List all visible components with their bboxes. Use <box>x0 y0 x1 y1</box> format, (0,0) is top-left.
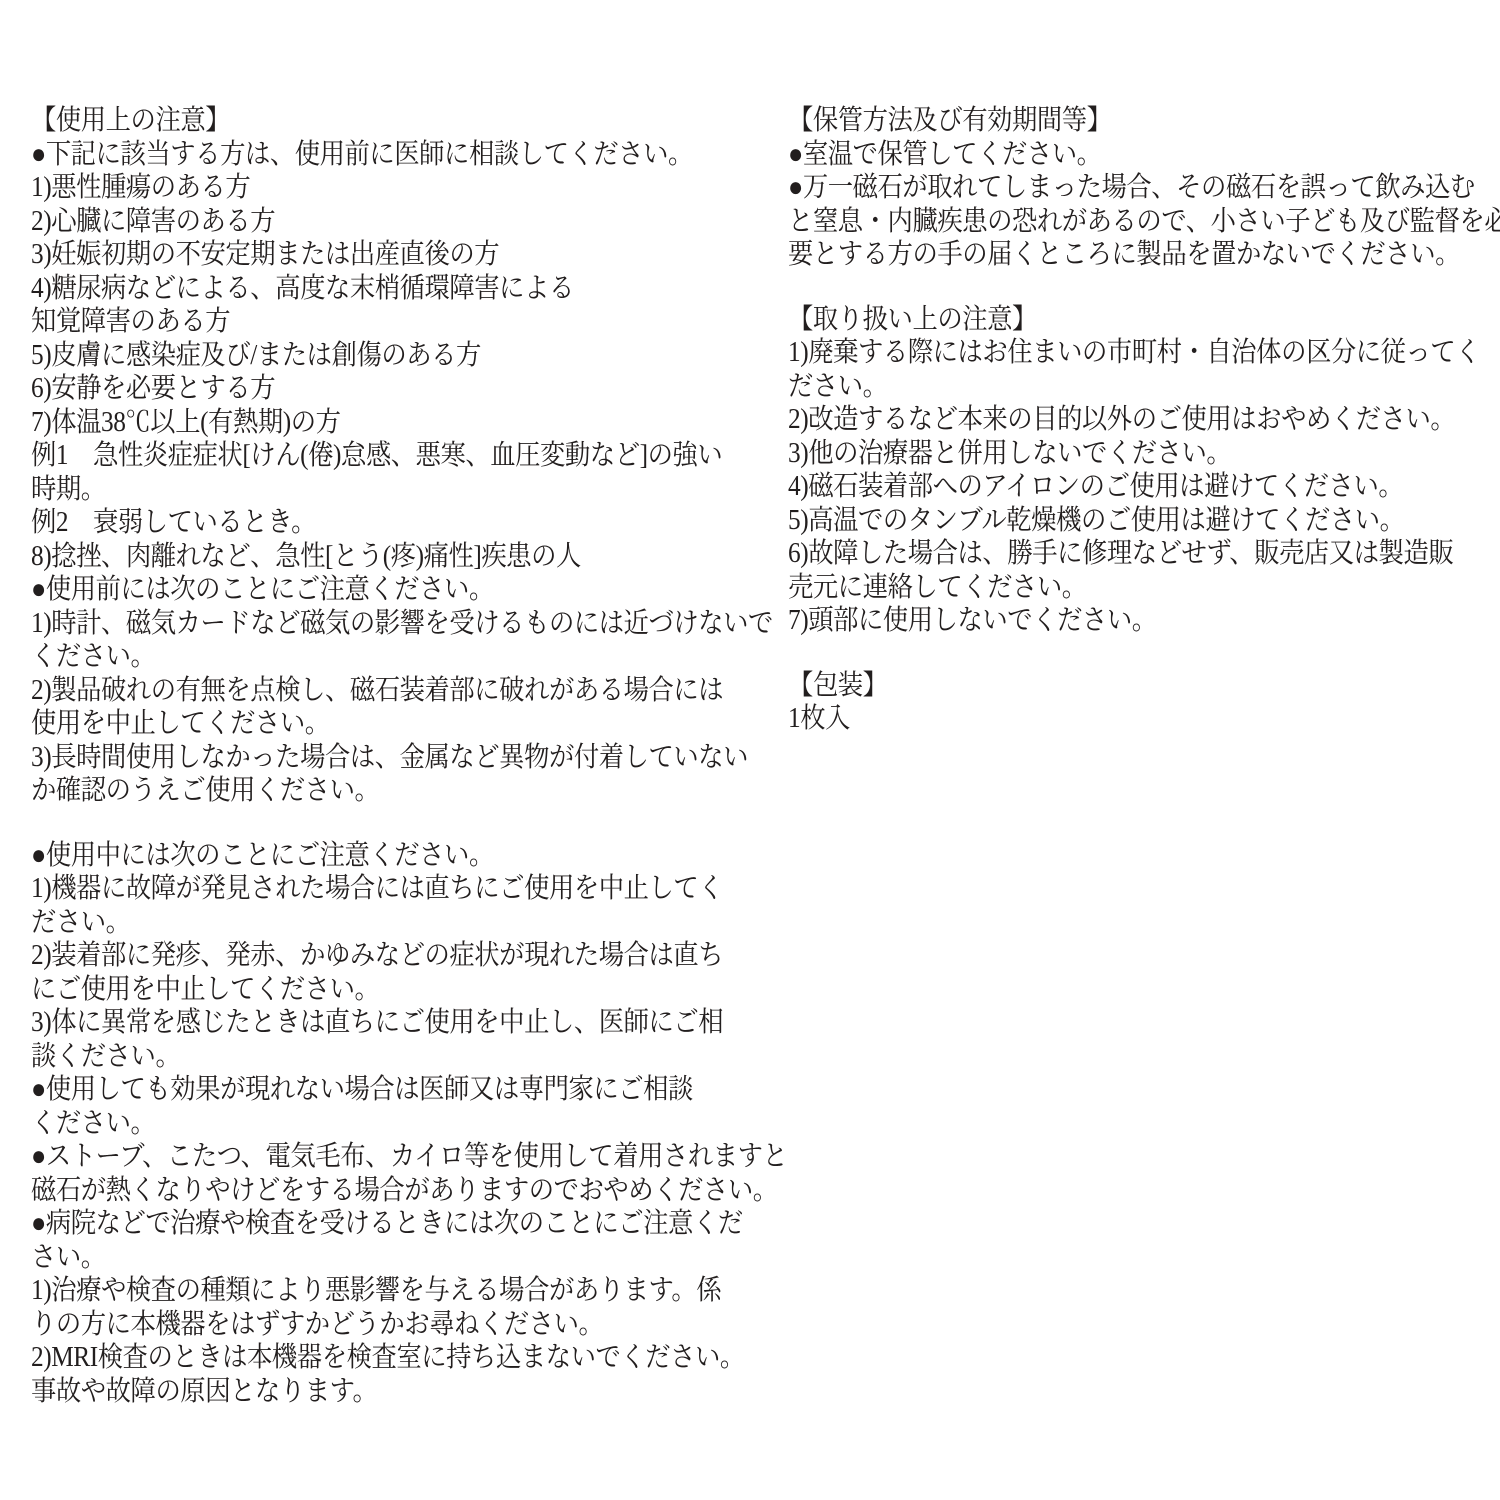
text-line: ●使用前には次のことにご注意ください。 <box>31 573 705 607</box>
text-line: ●室温で保管してください。 <box>788 138 1422 172</box>
text-line: 磁石が熱くなりやけどをする場合がありますのでおやめください。 <box>31 1174 705 1208</box>
section-heading: 【使用上の注意】 <box>31 104 705 138</box>
section-usage-precautions: 【使用上の注意】●下記に該当する方は、使用前に医師に相談してください。1)悪性腫… <box>31 104 776 808</box>
text-line: 4)磁石装着部へのアイロンのご使用は避けてください。 <box>788 470 1422 504</box>
text-line: 事故や故障の原因となります。 <box>31 1375 705 1409</box>
text-line: 2)MRI検査のときは本機器を検査室に持ち込まないでください。 <box>31 1341 705 1375</box>
right-column: 【保管方法及び有効期間等】●室温で保管してください。●万一磁石が取れてしまった場… <box>788 104 1488 736</box>
text-line: 2)装着部に発疹、発赤、かゆみなどの症状が現れた場合は直ち <box>31 939 705 973</box>
section-heading: 【取り扱い上の注意】 <box>788 303 1422 337</box>
text-line: か確認のうえご使用ください。 <box>31 774 705 808</box>
left-column: 【使用上の注意】●下記に該当する方は、使用前に医師に相談してください。1)悪性腫… <box>31 104 776 1408</box>
text-line: ●使用しても効果が現れない場合は医師又は専門家にご相談 <box>31 1073 705 1107</box>
text-line: 5)高温でのタンブル乾燥機のご使用は避けてください。 <box>788 504 1422 538</box>
text-line: 2)製品破れの有無を点検し、磁石装着部に破れがある場合には <box>31 674 705 708</box>
text-line: ください。 <box>31 640 705 674</box>
text-line: ●ストーブ、こたつ、電気毛布、カイロ等を使用して着用されますと <box>31 1140 705 1174</box>
text-line: 1)廃棄する際にはお住まいの市町村・自治体の区分に従ってく <box>788 336 1422 370</box>
text-line: 4)糖尿病などによる、高度な末梢循環障害による <box>31 272 705 306</box>
text-line: ださい。 <box>31 906 705 940</box>
text-line: 3)妊娠初期の不安定期または出産直後の方 <box>31 238 705 272</box>
section-storage-and-validity: 【保管方法及び有効期間等】●室温で保管してください。●万一磁石が取れてしまった場… <box>788 104 1488 272</box>
text-line: 1)機器に故障が発見された場合には直ちにご使用を中止してく <box>31 872 705 906</box>
text-line: 1)治療や検査の種類により悪影響を与える場合があります。係 <box>31 1274 705 1308</box>
text-line: ●使用中には次のことにご注意ください。 <box>31 839 705 873</box>
text-line: さい。 <box>31 1241 705 1275</box>
text-line: 例1 急性炎症症状[けん(倦)怠感、悪寒、血圧変動など]の強い <box>31 439 705 473</box>
section-packaging: 【包装】1枚入 <box>788 669 1488 736</box>
text-line: ●下記に該当する方は、使用前に医師に相談してください。 <box>31 138 705 172</box>
text-line: 要とする方の手の届くところに製品を置かないでください。 <box>788 238 1422 272</box>
text-line: 2)心臓に障害のある方 <box>31 205 705 239</box>
text-line: 時期。 <box>31 473 705 507</box>
text-line: 談ください。 <box>31 1040 705 1074</box>
text-line: 2)改造するなど本来の目的以外のご使用はおやめください。 <box>788 403 1422 437</box>
text-line: 7)体温38℃以上(有熱期)の方 <box>31 406 705 440</box>
text-line: 知覚障害のある方 <box>31 305 705 339</box>
text-line: 売元に連絡してください。 <box>788 571 1422 605</box>
text-line: ●万一磁石が取れてしまった場合、その磁石を誤って飲み込む <box>788 171 1422 205</box>
section-during-use-precautions: ●使用中には次のことにご注意ください。1)機器に故障が発見された場合には直ちにご… <box>31 839 776 1409</box>
text-line: 3)長時間使用しなかった場合は、金属など異物が付着していない <box>31 741 705 775</box>
section-handling-precautions: 【取り扱い上の注意】1)廃棄する際にはお住まいの市町村・自治体の区分に従ってくだ… <box>788 303 1488 638</box>
text-line: 3)体に異常を感じたときは直ちにご使用を中止し、医師にご相 <box>31 1006 705 1040</box>
text-line: 1)悪性腫瘍のある方 <box>31 171 705 205</box>
text-line: 1枚入 <box>788 702 1422 736</box>
text-line: 5)皮膚に感染症及び/または創傷のある方 <box>31 339 705 373</box>
text-line: りの方に本機器をはずすかどうかお尋ねください。 <box>31 1308 705 1342</box>
text-line: 1)時計、磁気カードなど磁気の影響を受けるものには近づけないで <box>31 607 705 641</box>
section-heading: 【包装】 <box>788 669 1422 703</box>
text-line: 例2 衰弱しているとき。 <box>31 506 705 540</box>
text-line: 6)安静を必要とする方 <box>31 372 705 406</box>
text-line: と窒息・内臓疾患の恐れがあるので、小さい子ども及び監督を必 <box>788 205 1422 239</box>
document-page: 【使用上の注意】●下記に該当する方は、使用前に医師に相談してください。1)悪性腫… <box>0 0 1500 1500</box>
text-line: 8)捻挫、肉離れなど、急性[とう(疼)痛性]疾患の人 <box>31 540 705 574</box>
text-line: ださい。 <box>788 370 1422 404</box>
text-line: 6)故障した場合は、勝手に修理などせず、販売店又は製造販 <box>788 537 1422 571</box>
text-line: ください。 <box>31 1107 705 1141</box>
text-line: にご使用を中止してください。 <box>31 973 705 1007</box>
text-line: 使用を中止してください。 <box>31 707 705 741</box>
section-heading: 【保管方法及び有効期間等】 <box>788 104 1422 138</box>
text-line: ●病院などで治療や検査を受けるときには次のことにご注意くだ <box>31 1207 705 1241</box>
text-line: 7)頭部に使用しないでください。 <box>788 604 1422 638</box>
text-line: 3)他の治療器と併用しないでください。 <box>788 437 1422 471</box>
